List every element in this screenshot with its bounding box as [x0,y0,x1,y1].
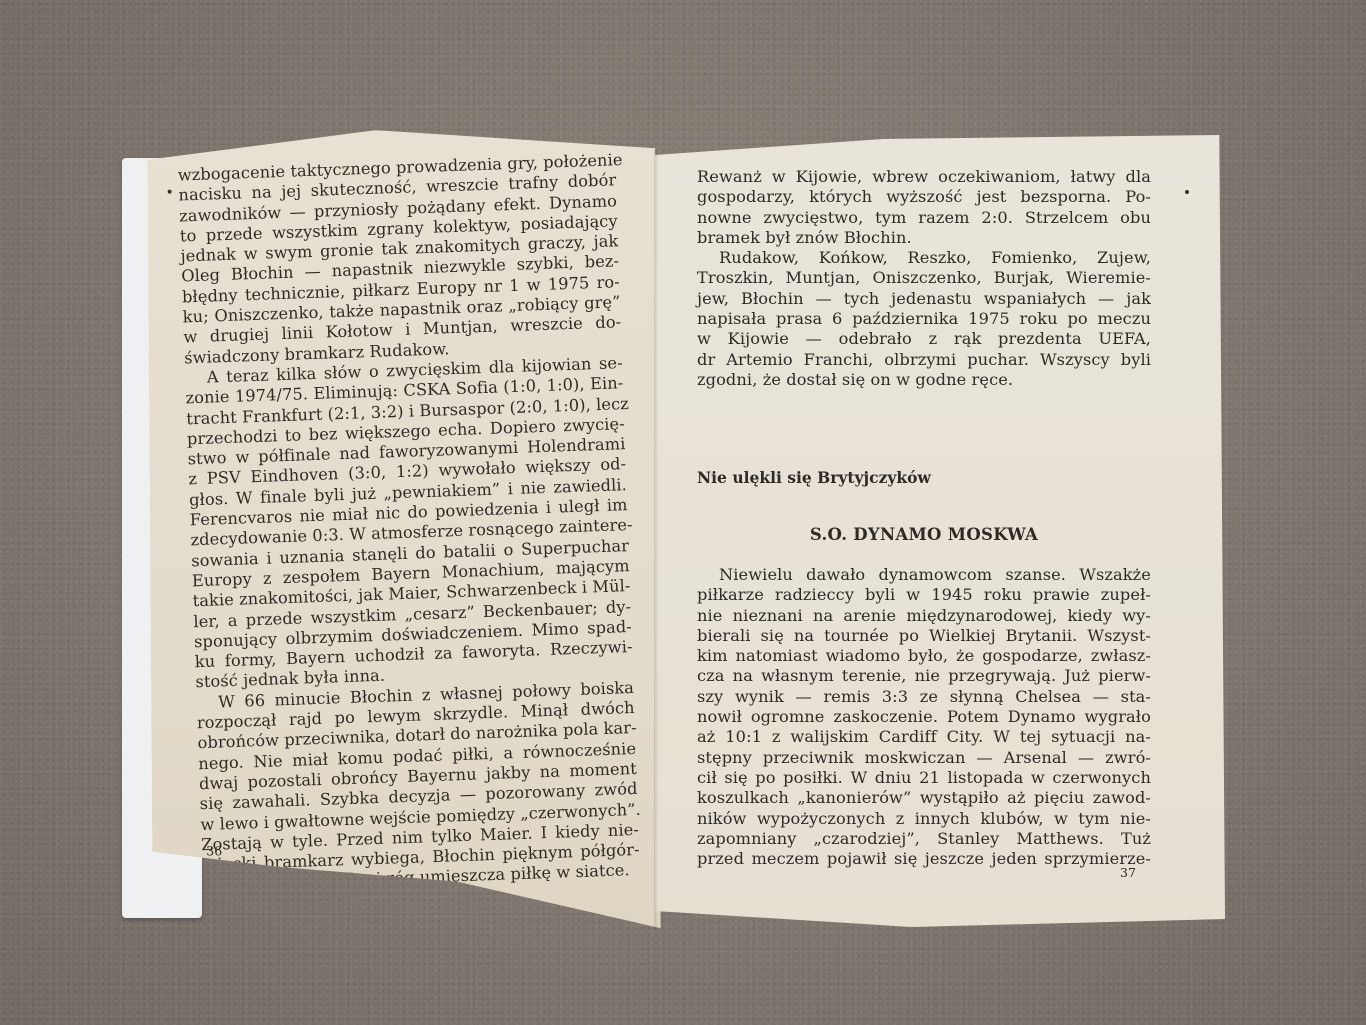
page-number-left: 36 [206,843,222,858]
paper-speck [1185,190,1189,194]
text-line: koszulkach „kanonierów” wystąpiło aż pię… [697,788,1151,808]
left-page: wzbogacenie taktycznego prowadzenia gry,… [147,128,661,932]
text-line: jew, Błochin — tych jedenastu wspaniałyc… [697,289,1151,309]
text-line: nowne zwycięstwo, tym razem 2:0. Strzelc… [697,208,1151,228]
text-line: Rudakow, Końkow, Reszko, Fomienko, Zujew… [697,248,1151,268]
book-spine-gutter [654,150,658,930]
text-line: napisała prasa 6 października 1975 roku … [697,309,1151,329]
chapter-title: S.O. DYNAMO MOSKWA [697,525,1151,544]
text-line: cza na własnym terenie, nie przegrywają.… [697,666,1151,686]
text-line: Troszkin, Muntjan, Oniszczenko, Burjak, … [697,268,1151,288]
text-line: aż 10:1 z walijskim Cardiff City. W tej … [697,727,1151,747]
paper-speck [168,190,172,194]
text-line: stępny przeciwnik moskwiczan — Arsenal —… [697,748,1151,768]
text-line: ników wypożyczonych z innych klubów, w t… [697,809,1151,829]
text-line: piłkarze radzieccy byli w 1945 roku praw… [697,585,1151,605]
text-line: cił się po posiłki. W dniu 21 listopada … [697,768,1151,788]
text-line: kim natomiast wiadomo było, że gospodarz… [697,646,1151,666]
text-line: zapomniany „czarodziej”, Stanley Matthew… [697,829,1151,849]
text-line: Niewielu dawało dynamowcom szanse. Wszak… [697,565,1151,585]
right-page: Rewanż w Kijowie, wbrew oczekiwaniom, ła… [655,135,1225,935]
text-line: Rewanż w Kijowie, wbrew oczekiwaniom, ła… [697,167,1151,187]
text-line: nie nieznani na arenie międzynarodowej, … [697,606,1151,626]
text-line: zgodni, że dostał się on w godne ręce. [697,370,1151,390]
text-line: nowił ogromne zaskoczenie. Potem Dynamo … [697,707,1151,727]
right-page-body-bottom: Niewielu dawało dynamowcom szanse. Wszak… [697,565,1151,869]
right-page-body-top: Rewanż w Kijowie, wbrew oczekiwaniom, ła… [697,167,1151,390]
text-line: bramek był znów Błochin. [697,228,1151,248]
text-line: szy wynik — remis 3:3 ze słynną Chelsea … [697,687,1151,707]
text-line: gospodarzy, których wyższość jest bezspo… [697,187,1151,207]
text-line: w Kijowie — odebrało z rąk prezdenta UEF… [697,329,1151,349]
text-line: bierali się na tournée po Wielkiej Bryta… [697,626,1151,646]
text-line: dr Artemio Franchi, olbrzymi puchar. Wsz… [697,350,1151,370]
text-line: przed meczem pojawił się jeszcze jeden s… [697,849,1151,869]
page-number-right: 37 [1120,865,1136,880]
section-heading: Nie ulękli się Brytyjczyków [697,468,931,487]
left-page-body: wzbogacenie taktycznego prowadzenia gry,… [177,150,640,896]
